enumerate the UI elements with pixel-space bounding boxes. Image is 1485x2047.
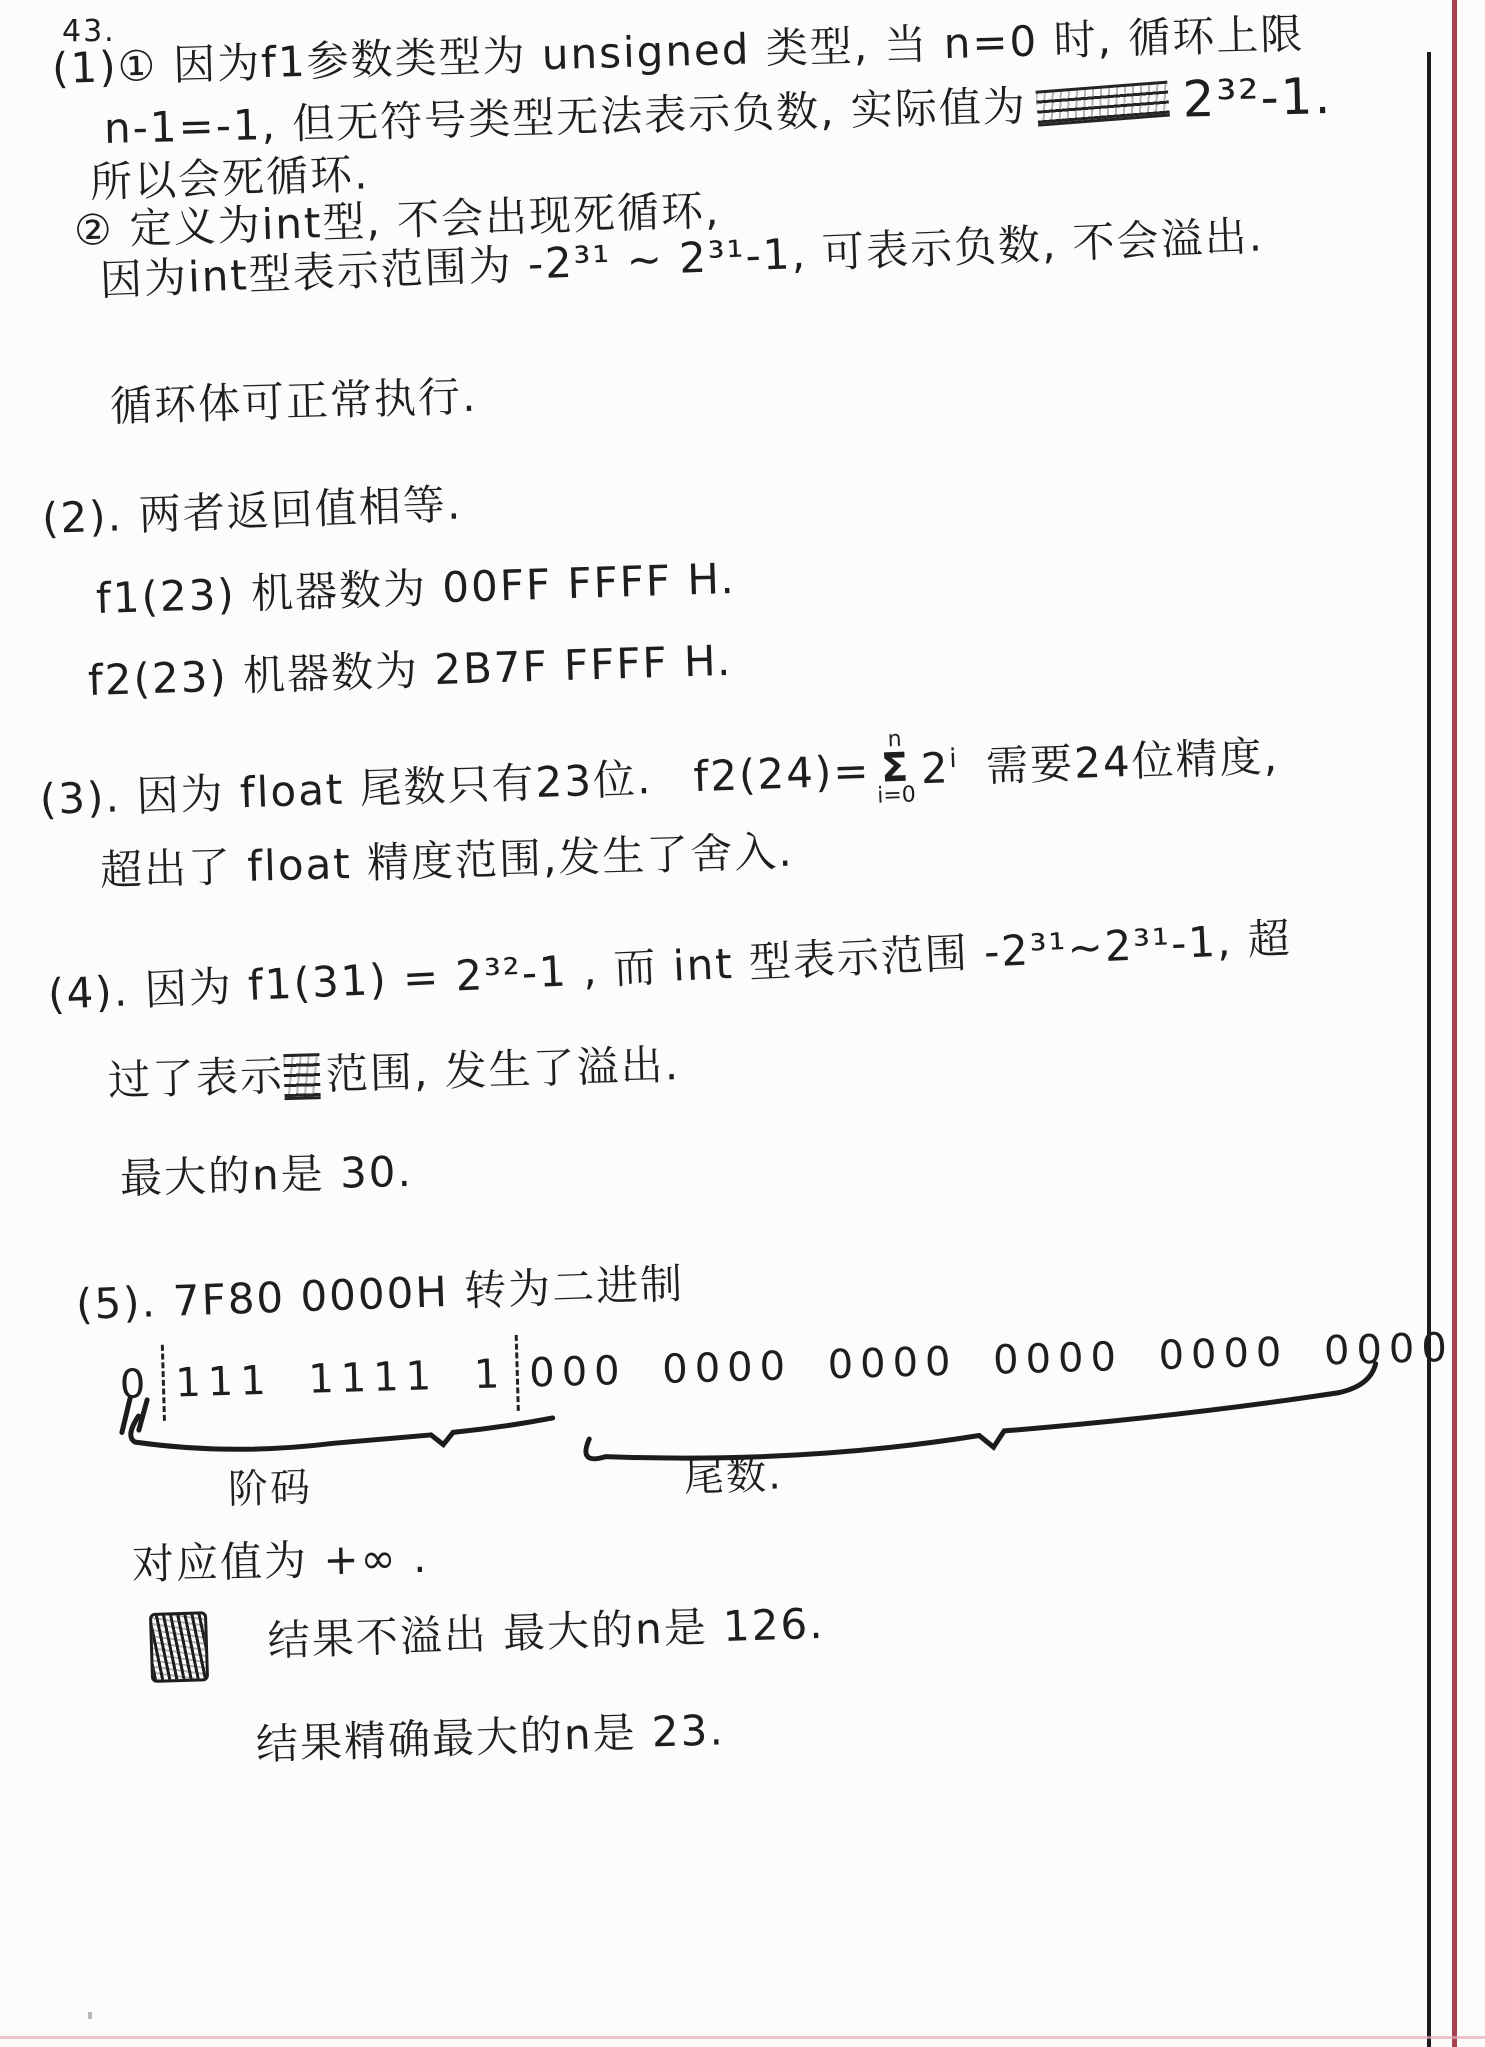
handwritten-notes-page: 43. (1)①因为f1参数类型为 unsigned 类型, 当 n=0 时, … <box>0 0 1485 2047</box>
answer5-line4: 结果精确最大的n是 23. <box>255 1697 725 1772</box>
small-crossed-out-scribble <box>283 1053 320 1100</box>
page-edge-black-line <box>1427 52 1431 2047</box>
summation-symbol: nΣi=0 <box>875 729 916 806</box>
answer1-marker1: (1)① <box>51 41 157 93</box>
bottom-pink-line <box>0 2036 1485 2039</box>
answer4-marker: (4). <box>47 966 130 1019</box>
answer5-line2: 对应值为 +∞ . <box>131 1525 429 1592</box>
sign-tick-1 <box>121 1398 131 1432</box>
answer2-line1: (2).两者返回值相等. <box>41 471 463 546</box>
scribbled-character <box>149 1611 209 1683</box>
ink-speck <box>88 2012 92 2019</box>
exponent-label: 阶码 <box>227 1456 312 1515</box>
answer3-marker: (3). <box>39 772 122 824</box>
formula-f2-24: f2(24)=nΣi=02i <box>693 743 973 802</box>
crossed-out-scribble <box>1036 80 1170 126</box>
page-edge-red-line <box>1452 0 1457 2047</box>
answer4-line1: (4).因为 f1(31) = 2³²-1 , 而 int 型表示范围 -2³¹… <box>47 906 1293 1022</box>
answer4-line2: 过了表示范围, 发生了溢出. <box>107 1032 681 1108</box>
mantissa-label: 尾数. <box>683 1443 783 1503</box>
answer1-line6: 循环体可正常执行. <box>109 364 478 434</box>
answer5-line1: (5).7F80 0000H 转为二进制 <box>75 1251 685 1332</box>
answer2-line2: f1(23) 机器数为 00FF FFFF H. <box>95 546 736 626</box>
answer2-marker: (2). <box>41 491 124 543</box>
answer5-marker: (5). <box>75 1277 158 1329</box>
answer5-line3: 结果不溢出 最大的n是 126. <box>149 1591 826 1683</box>
answer4-line3: 最大的n是 30. <box>119 1139 413 1206</box>
answer2-line3: f2(23) 机器数为 2B7F FFFF H. <box>87 628 733 708</box>
exponent-underbrace <box>130 1406 553 1452</box>
